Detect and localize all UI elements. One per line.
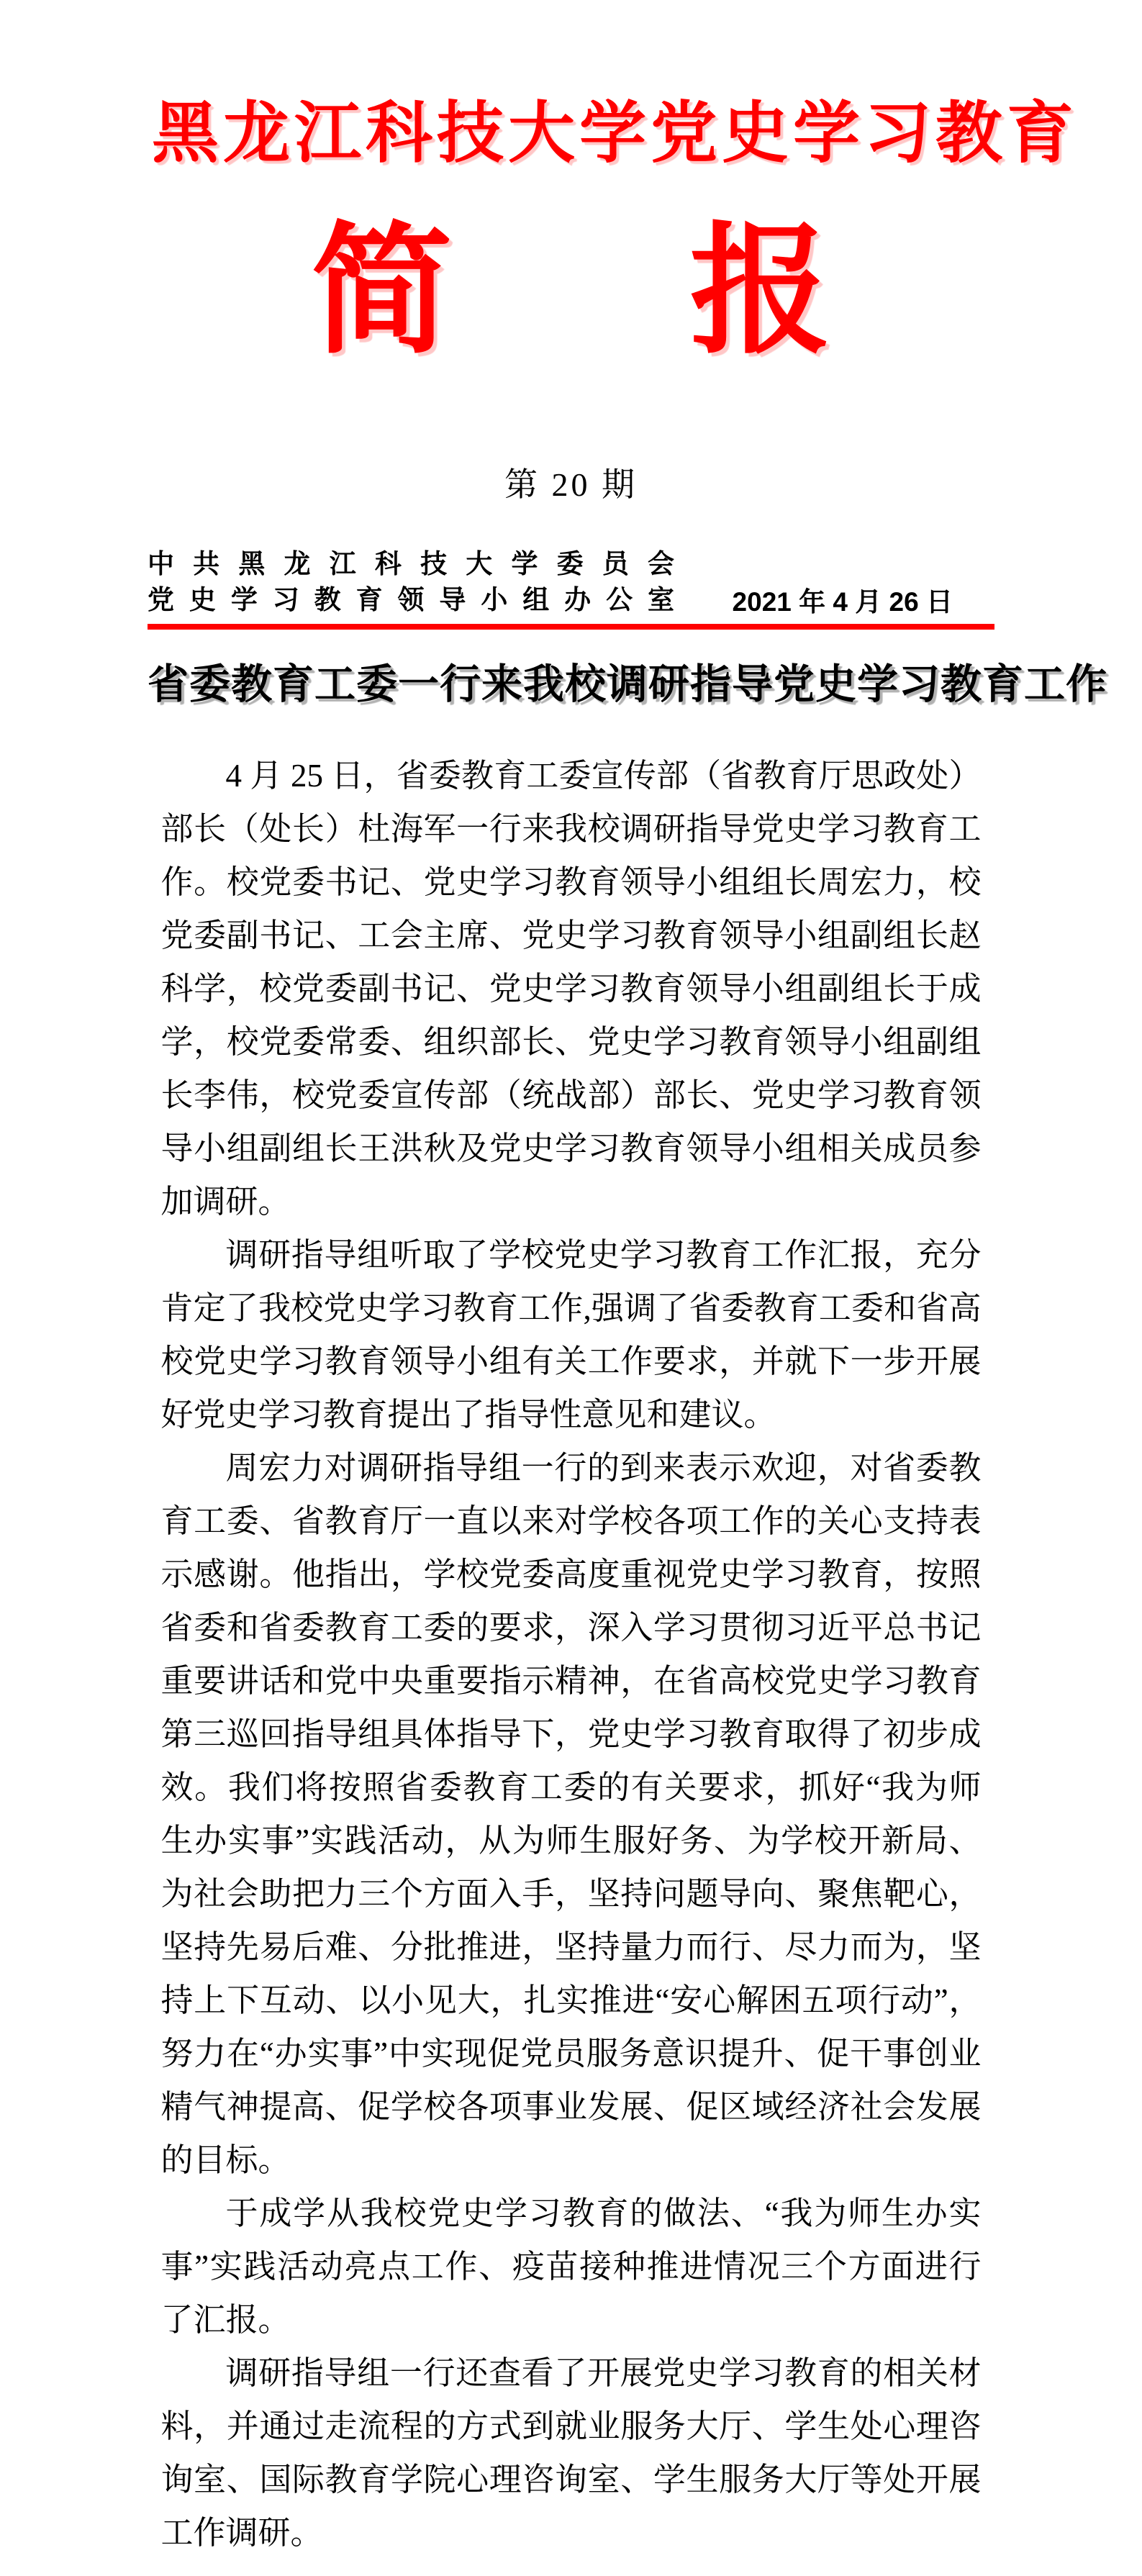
masthead-org-row: 中共黑龙江科技大学委员会 党史学习教育领导小组办公室 2021 年 4 月 26… <box>148 546 994 618</box>
masthead-divider <box>148 624 994 630</box>
issuing-org-line-2: 党史学习教育领导小组办公室 <box>148 582 674 618</box>
masthead-title: 黑龙江科技大学党史学习教育 <box>148 101 994 168</box>
article-paragraph: 于成学从我校党史学习教育的做法、“我为师生办实事”实践活动亮点工作、疫苗接种推进… <box>161 2187 982 2346</box>
article-paragraph: 调研指导组一行还查看了开展党史学习教育的相关材料，并通过走流程的方式到就业服务大… <box>161 2346 982 2559</box>
article-paragraph: 周宏力对调研指导组一行的到来表示欢迎，对省委教育工委、省教育厅一直以来对学校各项… <box>161 1441 982 2187</box>
article-paragraph: 4 月 25 日，省委教育工委宣传部（省教育厅思政处）部长（处长）杜海军一行来我… <box>161 749 982 1228</box>
bulletin-content: 黑龙江科技大学党史学习教育 简 报 第 20 期 中共黑龙江科技大学委员会 党史… <box>148 101 994 2559</box>
issuing-org-line-1: 中共黑龙江科技大学委员会 <box>148 546 674 582</box>
article-body: 4 月 25 日，省委教育工委宣传部（省教育厅思政处）部长（处长）杜海军一行来我… <box>161 749 982 2559</box>
issuing-org-block: 中共黑龙江科技大学委员会 党史学习教育领导小组办公室 <box>148 546 674 618</box>
bulletin-page: 黑龙江科技大学党史学习教育 简 报 第 20 期 中共黑龙江科技大学委员会 党史… <box>0 0 1142 2576</box>
masthead-brief: 简 报 <box>148 222 994 363</box>
brief-char-jian: 简 <box>311 222 452 363</box>
article-paragraph: 调研指导组听取了学校党史学习教育工作汇报，充分肯定了我校党史学习教育工作,强调了… <box>161 1228 982 1441</box>
issue-date: 2021 年 4 月 26 日 <box>733 586 994 618</box>
brief-char-bao: 报 <box>690 222 831 363</box>
issue-number: 第 20 期 <box>148 468 994 502</box>
article-headline: 省委教育工委一行来我校调研指导党史学习教育工作 <box>148 661 994 709</box>
